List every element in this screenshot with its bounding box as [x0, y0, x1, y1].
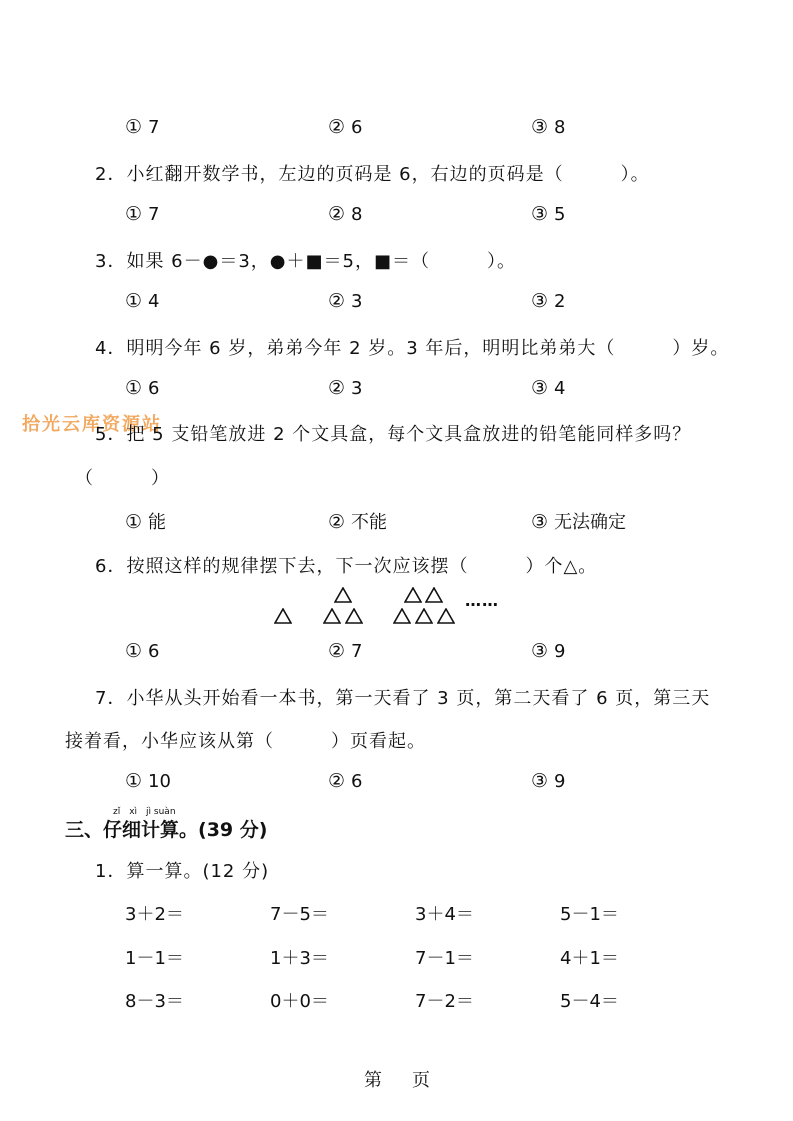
triangle-icon: [274, 608, 292, 624]
q2-option-2: ②8: [328, 203, 363, 225]
q1-option-1: ①7: [125, 116, 160, 138]
q3-option-3: ③2: [531, 290, 566, 312]
q6-option-3: ③9: [531, 640, 566, 662]
calc-item: 7－2＝: [415, 987, 474, 1013]
question-5-text: 5．把 5 支铅笔放进 2 个文具盒，每个文具盒放进的铅笔能同样多吗？: [95, 420, 691, 446]
triangle-icon: [425, 587, 443, 603]
q5-option-2: ②不能: [328, 508, 387, 534]
question-7-text-line2: 接着看，小华应该从第（ ）页看起。: [65, 727, 426, 753]
q7-option-2: ②6: [328, 770, 363, 792]
q2-option-1: ①7: [125, 203, 160, 225]
calc-item: 1－1＝: [125, 944, 184, 970]
calc-item: 5－1＝: [560, 900, 619, 926]
triangle-icon: [345, 608, 363, 624]
question-3-text: 3．如果 6－●＝3，●＋■＝5，■＝（ ）。: [95, 247, 516, 273]
q1-option-3: ③8: [531, 116, 566, 138]
question-7-text-line1: 7．小华从头开始看一本书，第一天看了 3 页，第二天看了 6 页，第三天: [95, 684, 710, 710]
q7-option-3: ③9: [531, 770, 566, 792]
q3-option-1: ①4: [125, 290, 160, 312]
q3-option-2: ②3: [328, 290, 363, 312]
q2-option-3: ③5: [531, 203, 566, 225]
calc-item: 3＋2＝: [125, 900, 184, 926]
q7-option-1: ①10: [125, 770, 171, 792]
triangle-icon: [437, 608, 455, 624]
triangle-icon: [334, 587, 352, 603]
q1-option-2: ②6: [328, 116, 363, 138]
q6-option-1: ①6: [125, 640, 160, 662]
footer-page-label-right: 页: [412, 1066, 430, 1092]
calc-item: 7－5＝: [270, 900, 329, 926]
calc-item: 0＋0＝: [270, 987, 329, 1013]
calc-item: 5－4＝: [560, 987, 619, 1013]
calc-item: 1＋3＝: [270, 944, 329, 970]
q4-option-2: ②3: [328, 377, 363, 399]
q5-option-3: ③无法确定: [531, 508, 626, 534]
q6-option-2: ②7: [328, 640, 363, 662]
subsection-1-title: 1．算一算。(12 分): [95, 857, 269, 883]
q4-option-3: ③4: [531, 377, 566, 399]
q4-option-1: ①6: [125, 377, 160, 399]
pattern-ellipsis: ……: [465, 591, 499, 610]
footer-page-label-left: 第: [364, 1066, 382, 1092]
triangle-icon: [393, 608, 411, 624]
question-6-text: 6．按照这样的规律摆下去，下一次应该摆（ ）个△。: [95, 552, 597, 578]
question-5-answer-blank: （ ）: [75, 464, 170, 490]
triangle-icon: [415, 608, 433, 624]
section-3-title: 三、仔细计算。(39 分): [65, 815, 267, 842]
triangle-icon: [404, 587, 422, 603]
calc-item: 7－1＝: [415, 944, 474, 970]
calc-item: 8－3＝: [125, 987, 184, 1013]
triangle-icon: [323, 608, 341, 624]
question-2-text: 2．小红翻开数学书，左边的页码是 6，右边的页码是（ ）。: [95, 160, 650, 186]
calc-item: 3＋4＝: [415, 900, 474, 926]
question-4-text: 4．明明今年 6 岁，弟弟今年 2 岁。3 年后，明明比弟弟大（ ）岁。: [95, 334, 729, 360]
q5-option-1: ①能: [125, 508, 166, 534]
calc-item: 4＋1＝: [560, 944, 619, 970]
